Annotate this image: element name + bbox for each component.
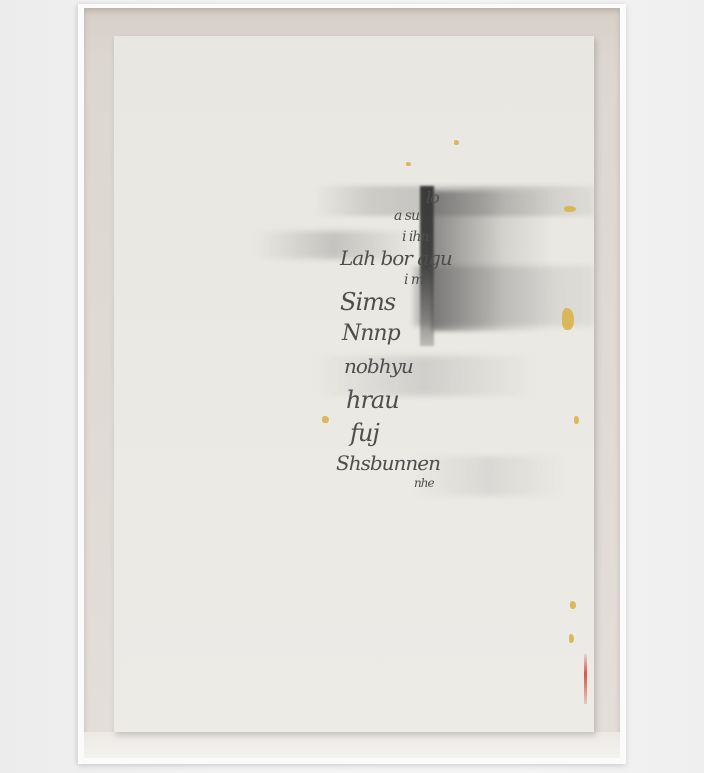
script-line: Lah bor agu [340, 246, 452, 270]
gold-leaf-fleck [574, 416, 579, 424]
script-line: nobhyu [344, 354, 413, 378]
gold-leaf-fleck [569, 634, 574, 643]
script-line: hrau [346, 386, 399, 414]
script-line: i ihn [402, 229, 428, 245]
gold-leaf-fleck [570, 601, 576, 609]
script-line: nhe [414, 476, 434, 490]
artwork-panel: lo a su i ihn Lah bor agu i m Sims Nnnp … [114, 36, 594, 732]
red-streak [584, 654, 587, 704]
gold-leaf-fleck [454, 140, 459, 145]
script-line: i m [404, 272, 423, 288]
gold-leaf-fleck [562, 308, 574, 330]
script-line: Nnnp [342, 321, 400, 346]
script-line: Sims [340, 288, 395, 316]
gold-leaf-fleck [564, 206, 576, 212]
gold-leaf-fleck [322, 416, 329, 423]
shadow-box: lo a su i ihn Lah bor agu i m Sims Nnnp … [84, 8, 620, 758]
script-line: Shsbunnen [336, 451, 440, 475]
shadow-box-ledge [84, 732, 620, 758]
script-line: fuj [350, 419, 379, 447]
script-line: a su [394, 208, 419, 224]
script-line: lo [426, 188, 439, 207]
picture-frame: lo a su i ihn Lah bor agu i m Sims Nnnp … [78, 4, 626, 764]
gold-leaf-fleck [406, 162, 411, 166]
